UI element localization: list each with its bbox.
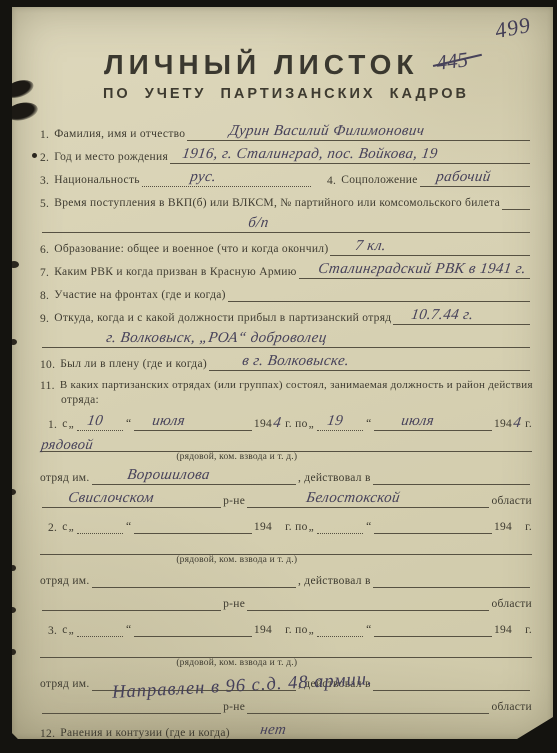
- field-label: Фамилия, имя и отчество: [54, 128, 185, 141]
- month-line: [134, 516, 251, 534]
- handwritten-value: г. Волковыск, „РОА“ доброволец: [105, 330, 328, 347]
- field-line: рус.: [142, 169, 311, 187]
- position-line: рядовой: [40, 436, 532, 452]
- field-number: 4.: [327, 175, 336, 187]
- field-number: 11.: [40, 380, 55, 392]
- field-line: г. Волковыск, „РОА“ доброволец: [42, 330, 530, 348]
- field-line: б/п: [42, 215, 530, 233]
- field-number: 9.: [40, 313, 49, 325]
- handwritten-region: Белостокской: [305, 490, 401, 507]
- day-line: 19: [317, 413, 363, 431]
- handwritten-district: Свислочском: [67, 490, 155, 507]
- position-line: [40, 642, 532, 658]
- quote-close: “: [365, 624, 372, 637]
- acted-line: [373, 467, 530, 485]
- acted-label: , действовал в: [298, 472, 371, 485]
- field-line: рабочий: [420, 169, 530, 187]
- month-line: [374, 619, 491, 637]
- field-row-arrival-line2: г. Волковыск, „РОА“ доброволец: [40, 331, 532, 348]
- acted-line: [373, 570, 530, 588]
- field-line: 7 кл.: [330, 238, 530, 256]
- year-prefix: 194: [494, 418, 512, 431]
- field-row-party: 5. Время поступления в ВКП(б) или ВЛКСМ,…: [40, 193, 532, 210]
- handwritten-value: 1916, г. Сталинград, пос. Войкова, 19: [181, 146, 439, 163]
- field-line: в г. Волковыске.: [209, 353, 530, 371]
- field-label: Участие на фронтах (где и когда): [54, 289, 226, 302]
- g-po-label: г. по: [285, 521, 308, 534]
- service-record: 1. с „ 10 “ июля 194 4 г. по „ 19 “ июля…: [40, 414, 532, 508]
- field-label: Национальность: [54, 174, 140, 187]
- handwritten-value: 10.7.44 г.: [410, 307, 475, 324]
- record-dates-row: 2. с „ “ 194 г. по „ “ 194: [40, 517, 532, 534]
- record-position-row: [40, 540, 532, 555]
- ink-speck: [9, 607, 16, 613]
- field-label: Каким РВК и когда призван в Красную Арми…: [54, 266, 296, 279]
- ink-speck: [9, 261, 19, 268]
- record-number: 2.: [48, 522, 57, 534]
- quote-open: „: [308, 624, 315, 637]
- district-line: [42, 593, 221, 611]
- field-row-surname: 1. Фамилия, имя и отчество Дурин Василий…: [40, 124, 532, 141]
- record-caption-row: (рядовой, ком. взвода и т. д.): [40, 555, 532, 567]
- field-row-education: 6. Образование: общее и военное (что и к…: [40, 239, 532, 256]
- year-prefix: 194: [254, 418, 272, 431]
- field-label: Откуда, когда и с какой должности прибыл…: [54, 312, 391, 325]
- field-number: 10.: [40, 359, 55, 371]
- record-unit-row: отряд им. Ворошилова , действовал в: [40, 468, 532, 485]
- handwritten-day: 19: [326, 413, 344, 430]
- handwritten-value: Сталинградский РВК в 1941 г.: [317, 261, 527, 278]
- district-label: р-не: [223, 598, 245, 611]
- record-dates-row: 1. с „ 10 “ июля 194 4 г. по „ 19 “ июля…: [40, 414, 532, 431]
- crossed-out-number: 445: [435, 47, 469, 76]
- quote-open: „: [68, 521, 75, 534]
- handwritten-year-digit: 4: [272, 415, 287, 432]
- region-line: Белостокской: [247, 490, 489, 508]
- acted-label: , действовал в: [298, 575, 371, 588]
- handwritten-value: б/п: [247, 215, 270, 232]
- rank-caption: (рядовой, ком. взвода и т. д.): [124, 555, 350, 567]
- region-line: [247, 696, 489, 714]
- field-row-arrival: 9. Откуда, когда и с какой должности при…: [40, 308, 532, 325]
- year-prefix: 194: [494, 521, 512, 534]
- acted-line: [373, 673, 530, 691]
- g-label: г.: [525, 624, 532, 637]
- rank-caption: (рядовой, ком. взвода и т. д.): [124, 452, 350, 464]
- g-label: г.: [525, 521, 532, 534]
- record-number: 3.: [48, 625, 57, 637]
- field-row-fronts: 8. Участие на фронтах (где и когда): [40, 285, 532, 302]
- field-line: Дурин Василий Филимонович: [187, 123, 530, 141]
- field-row-rvk: 7. Каким РВК и когда призван в Красную А…: [40, 262, 532, 279]
- record-unit-row: отряд им. , действовал в: [40, 571, 532, 588]
- ink-speck: [10, 565, 16, 571]
- field-number: 5.: [40, 198, 49, 210]
- quote-close: “: [125, 521, 132, 534]
- field-line: [228, 284, 530, 302]
- year-prefix: 194: [254, 624, 272, 637]
- field-label: Время поступления в ВКП(б) или ВЛКСМ, № …: [54, 197, 500, 210]
- day-line: [317, 516, 363, 534]
- quote-open: „: [308, 418, 315, 431]
- record-number: 1.: [48, 419, 57, 431]
- field-number: 7.: [40, 267, 49, 279]
- record-position-row: рядовой: [40, 437, 532, 452]
- field-row-captivity: 10. Был ли в плену (где и когда) в г. Во…: [40, 354, 532, 371]
- field-number: 12.: [40, 728, 55, 740]
- quote-open: „: [68, 624, 75, 637]
- punch-hole: [2, 77, 35, 101]
- document-paper: 499 ЛИЧНЫЙ ЛИСТОК 445 ПО УЧЕТУ ПАРТИЗАНС…: [12, 7, 553, 739]
- field-label: Был ли в плену (где и когда): [60, 358, 207, 371]
- month-line: [374, 516, 491, 534]
- field-number: 8.: [40, 290, 49, 302]
- region-line: [247, 593, 489, 611]
- record-position-row: [40, 643, 532, 658]
- title-bar: ЛИЧНЫЙ ЛИСТОК 445: [40, 49, 532, 81]
- quote-close: “: [125, 624, 132, 637]
- form-title: ЛИЧНЫЙ ЛИСТОК: [104, 49, 419, 81]
- field-row-units-heading: 11. В каких партизанских отрядах (или гр…: [40, 377, 532, 392]
- district-label: р-не: [223, 701, 245, 714]
- district-line: Свислочском: [42, 490, 221, 508]
- field-label: Образование: общее и военное (что и когд…: [54, 243, 328, 256]
- unit-label: отряд им.: [40, 575, 90, 588]
- record-district-row: Свислочском р-не Белостокской области: [40, 491, 532, 508]
- quote-open: „: [68, 418, 75, 431]
- day-line: [77, 516, 123, 534]
- ink-speck: [9, 489, 16, 495]
- day-line: 10: [77, 413, 123, 431]
- ink-speck: [32, 153, 37, 158]
- field-row-wounds: 12. Ранения и контузии (где и когда) нет: [40, 723, 532, 740]
- record-caption-row: (рядовой, ком. взвода и т. д.): [40, 452, 532, 464]
- month-line: июля: [374, 413, 491, 431]
- handwritten-value: рус.: [189, 169, 217, 186]
- punch-hole: [5, 100, 40, 123]
- field-label: Ранения и контузии (где и когда): [60, 727, 230, 740]
- handwritten-day: 10: [86, 413, 104, 430]
- region-label: области: [491, 495, 532, 508]
- position-line: [40, 539, 532, 555]
- region-label: области: [491, 701, 532, 714]
- month-line: июля: [134, 413, 251, 431]
- handwritten-rank: рядовой: [40, 437, 94, 454]
- region-label: области: [491, 598, 532, 611]
- field-line: Сталинградский РВК в 1941 г.: [299, 261, 530, 279]
- fields-block: 1. Фамилия, имя и отчество Дурин Василий…: [40, 124, 532, 740]
- field-number: 1.: [40, 129, 49, 141]
- form-content: ЛИЧНЫЙ ЛИСТОК 445 ПО УЧЕТУ ПАРТИЗАНСКИХ …: [40, 19, 532, 746]
- field-label: В каких партизанских отрядах (или группа…: [60, 379, 533, 392]
- quote-close: “: [365, 418, 372, 431]
- year-prefix: 194: [494, 624, 512, 637]
- service-record: 2. с „ “ 194 г. по „ “ 194: [40, 517, 532, 611]
- handwritten-value: Дурин Василий Филимонович: [228, 123, 425, 140]
- g-po-label: г. по: [285, 624, 308, 637]
- handwritten-month: июля: [400, 413, 435, 430]
- ink-speck: [10, 649, 16, 655]
- field-row-nationality-social: 3. Национальность рус. 4. Соцположение р…: [40, 170, 532, 187]
- g-po-label: г. по: [285, 418, 308, 431]
- field-number: 2.: [40, 152, 49, 164]
- field-line: 1916, г. Сталинград, пос. Войкова, 19: [170, 146, 530, 164]
- field-line: 10.7.44 г.: [393, 307, 530, 325]
- record-district-row: р-не области: [40, 594, 532, 611]
- handwritten-value: нет: [259, 722, 287, 739]
- field-row-units-heading2: отряда:: [40, 393, 532, 407]
- form-subtitle: ПО УЧЕТУ ПАРТИЗАНСКИХ КАДРОВ: [40, 86, 532, 102]
- handwritten-year-digit: 4: [512, 415, 527, 432]
- unit-line: Ворошилова: [92, 467, 296, 485]
- unit-line: [92, 570, 296, 588]
- handwritten-unit: Ворошилова: [126, 467, 211, 484]
- handwritten-value: 7 кл.: [354, 238, 387, 255]
- unit-label: отряд им.: [40, 472, 90, 485]
- ink-speck: [10, 339, 17, 345]
- scan-background: 499 ЛИЧНЫЙ ЛИСТОК 445 ПО УЧЕТУ ПАРТИЗАНС…: [0, 0, 557, 753]
- rank-caption: (рядовой, ком. взвода и т. д.): [124, 658, 350, 670]
- handwritten-value: рабочий: [435, 169, 492, 186]
- handwritten-month: июля: [151, 413, 186, 430]
- quote-open: „: [308, 521, 315, 534]
- quote-close: “: [125, 418, 132, 431]
- field-line: [502, 192, 530, 210]
- unit-label: отряд им.: [40, 678, 90, 691]
- field-row-party-line2: б/п: [40, 216, 532, 233]
- year-prefix: 194: [254, 521, 272, 534]
- field-number: 3.: [40, 175, 49, 187]
- field-row-birth: 2. Год и место рождения 1916, г. Сталинг…: [40, 147, 532, 164]
- handwritten-value: в г. Волковыске.: [241, 353, 350, 370]
- field-label: Соцположение: [341, 174, 417, 187]
- field-label: Год и место рождения: [54, 151, 168, 164]
- day-line: [77, 619, 123, 637]
- record-dates-row: 3. с „ “ 194 г. по „ “ 194: [40, 620, 532, 637]
- field-label: отряда:: [61, 394, 99, 407]
- district-label: р-не: [223, 495, 245, 508]
- record-caption-row: (рядовой, ком. взвода и т. д.): [40, 658, 532, 670]
- field-number: 6.: [40, 244, 49, 256]
- quote-close: “: [365, 521, 372, 534]
- month-line: [134, 619, 251, 637]
- day-line: [317, 619, 363, 637]
- field-line: нет: [232, 722, 530, 740]
